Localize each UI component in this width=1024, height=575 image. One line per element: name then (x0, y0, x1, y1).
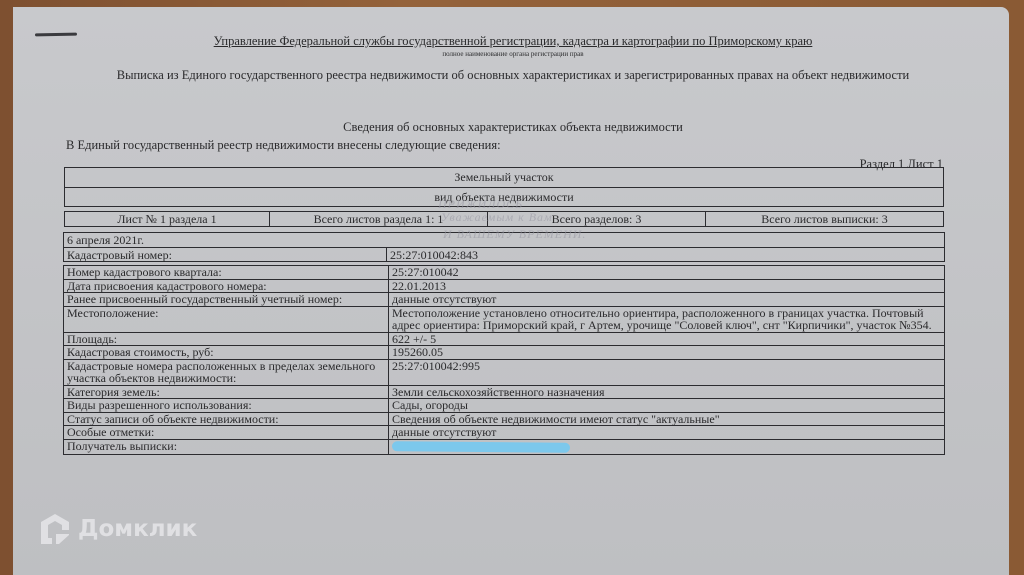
row-label: Категория земель: (64, 385, 389, 399)
table-row: Ранее присвоенный государственный учетны… (64, 293, 945, 307)
row-value (389, 439, 945, 455)
table-row: Кадастровая стоимость, руб: 195260.05 (64, 346, 945, 360)
sheet-number: Лист № 1 раздела 1 (65, 212, 270, 226)
table-row: Получатель выписки: (64, 439, 945, 455)
table-row: Виды разрешенного использования: Сады, о… (64, 399, 945, 413)
row-label: Особые отметки: (64, 426, 389, 440)
row-value: Сведения об объекте недвижимости имеют с… (389, 412, 945, 426)
table-row: Особые отметки: данные отсутствуют (64, 426, 945, 440)
row-label: Кадастровые номера расположенных в преде… (64, 359, 389, 385)
row-value: данные отсутствуют (389, 293, 945, 307)
section-title: Сведения об основных характеристиках объ… (13, 120, 1013, 135)
row-label: Ранее присвоенный государственный учетны… (64, 293, 389, 307)
row-label: Виды разрешенного использования: (64, 399, 389, 413)
row-value: 25:27:010042 (389, 266, 945, 280)
extract-title: Выписка из Единого государственного реес… (13, 68, 1013, 83)
row-label: Номер кадастрового квартала: (64, 266, 389, 280)
stamp-line-3: И ВАШЕМУ ВРЕМЕНИ. (443, 227, 586, 242)
domclick-watermark: Домклик (38, 512, 197, 546)
table-row: Номер кадастрового квартала: 25:27:01004… (64, 266, 945, 280)
table-row: Местоположение: Местоположение установле… (64, 306, 945, 332)
watermark-text: Домклик (78, 516, 197, 542)
row-label: Кадастровая стоимость, руб: (64, 346, 389, 360)
cadastral-number-value: 25:27:010042:843 (387, 248, 478, 262)
property-details-table: Номер кадастрового квартала: 25:27:01004… (63, 265, 945, 455)
intro-text: В Единый государственный реестр недвижим… (66, 138, 501, 153)
object-type: Земельный участок (65, 168, 943, 188)
row-value: 195260.05 (389, 346, 945, 360)
row-label: Получатель выписки: (64, 439, 389, 455)
row-value: 22.01.2013 (389, 279, 945, 293)
table-row: Статус записи об объекте недвижимости: С… (64, 412, 945, 426)
org-subtitle: полное наименование органа регистрации п… (13, 50, 1013, 58)
stamp-line-2: Уважаемым к Вам (441, 210, 553, 225)
table-row: Площадь: 622 +/- 5 (64, 332, 945, 346)
table-row: Категория земель: Земли сельскохозяйстве… (64, 385, 945, 399)
row-value: Местоположение установлено относительно … (389, 306, 945, 332)
row-value: Сады, огороды (389, 399, 945, 413)
org-title: Управление Федеральной службы государств… (13, 34, 1013, 49)
row-label: Статус записи об объекте недвижимости: (64, 412, 389, 426)
row-value: 25:27:010042:995 (389, 359, 945, 385)
row-label: Дата присвоения кадастрового номера: (64, 279, 389, 293)
row-value: данные отсутствуют (389, 426, 945, 440)
redaction-mark (392, 441, 570, 453)
table-row: Кадастровые номера расположенных в преде… (64, 359, 945, 385)
document-page: Управление Федеральной службы государств… (13, 7, 1009, 575)
row-value: 622 +/- 5 (389, 332, 945, 346)
table-row: Дата присвоения кадастрового номера: 22.… (64, 279, 945, 293)
row-value: Земли сельскохозяйственного назначения (389, 385, 945, 399)
row-label: Площадь: (64, 332, 389, 346)
row-label: Местоположение: (64, 306, 389, 332)
cadastral-number-label: Кадастровый номер: (64, 248, 387, 262)
extract-sheets-total: Всего листов выписки: 3 (706, 212, 943, 226)
house-logo-icon (38, 512, 72, 546)
